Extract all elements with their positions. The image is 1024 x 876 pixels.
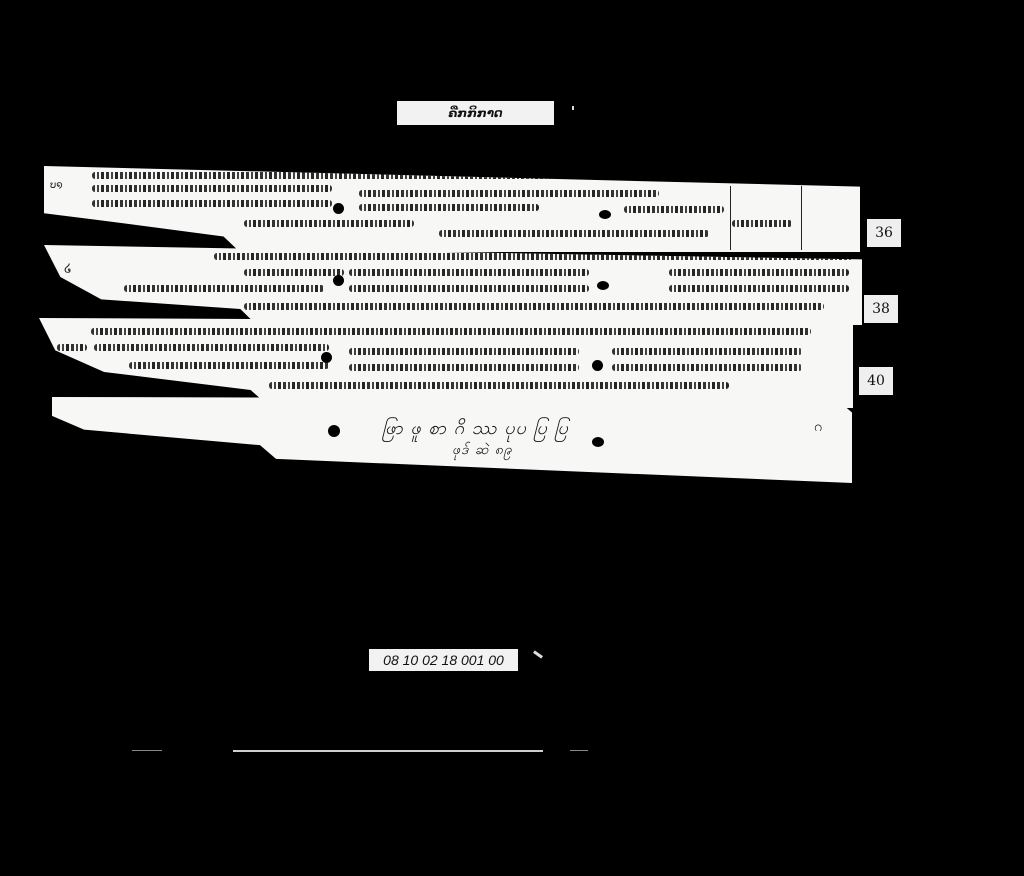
page-number-38: 38 [864, 295, 898, 323]
manuscript-scan: ຄືກກິກາດ ບ໑ 36 ໒ 38 [0, 0, 1024, 876]
palm-leaf-3 [39, 318, 853, 408]
manuscript-title-line-1: ဖြာ ဖူ စာ ဂိ ဿ ပုပ ပြ ပြ [382, 416, 569, 443]
manuscript-title-line-2: ဖုဒ် ဆဲ ၈၉ [452, 440, 513, 461]
binding-hole [333, 275, 344, 286]
binding-hole [333, 203, 344, 214]
scan-mark [572, 106, 574, 110]
leaf-side-label: ບ໑ [50, 180, 63, 191]
header-label: ຄືກກິກາດ [397, 101, 554, 125]
palm-leaf-1: ບ໑ [44, 166, 860, 252]
binding-hole [328, 425, 340, 437]
leaf-side-mark: ဂ [814, 417, 822, 438]
scale-bar [233, 750, 543, 752]
page-number-40: 40 [859, 367, 893, 395]
scan-mark [533, 650, 543, 658]
palm-leaf-2: ໒ [44, 245, 862, 325]
binding-hole [592, 360, 603, 371]
reel-number-label: 08 10 02 18 001 00 [369, 649, 518, 671]
page-number-36: 36 [867, 219, 901, 247]
binding-hole [321, 352, 332, 363]
binding-hole [592, 437, 604, 447]
leaf-side-label: ໒ [64, 261, 72, 275]
scale-bar-fragment [132, 750, 162, 751]
binding-hole [597, 281, 609, 290]
scale-bar-fragment [570, 750, 588, 751]
binding-hole [599, 210, 611, 219]
